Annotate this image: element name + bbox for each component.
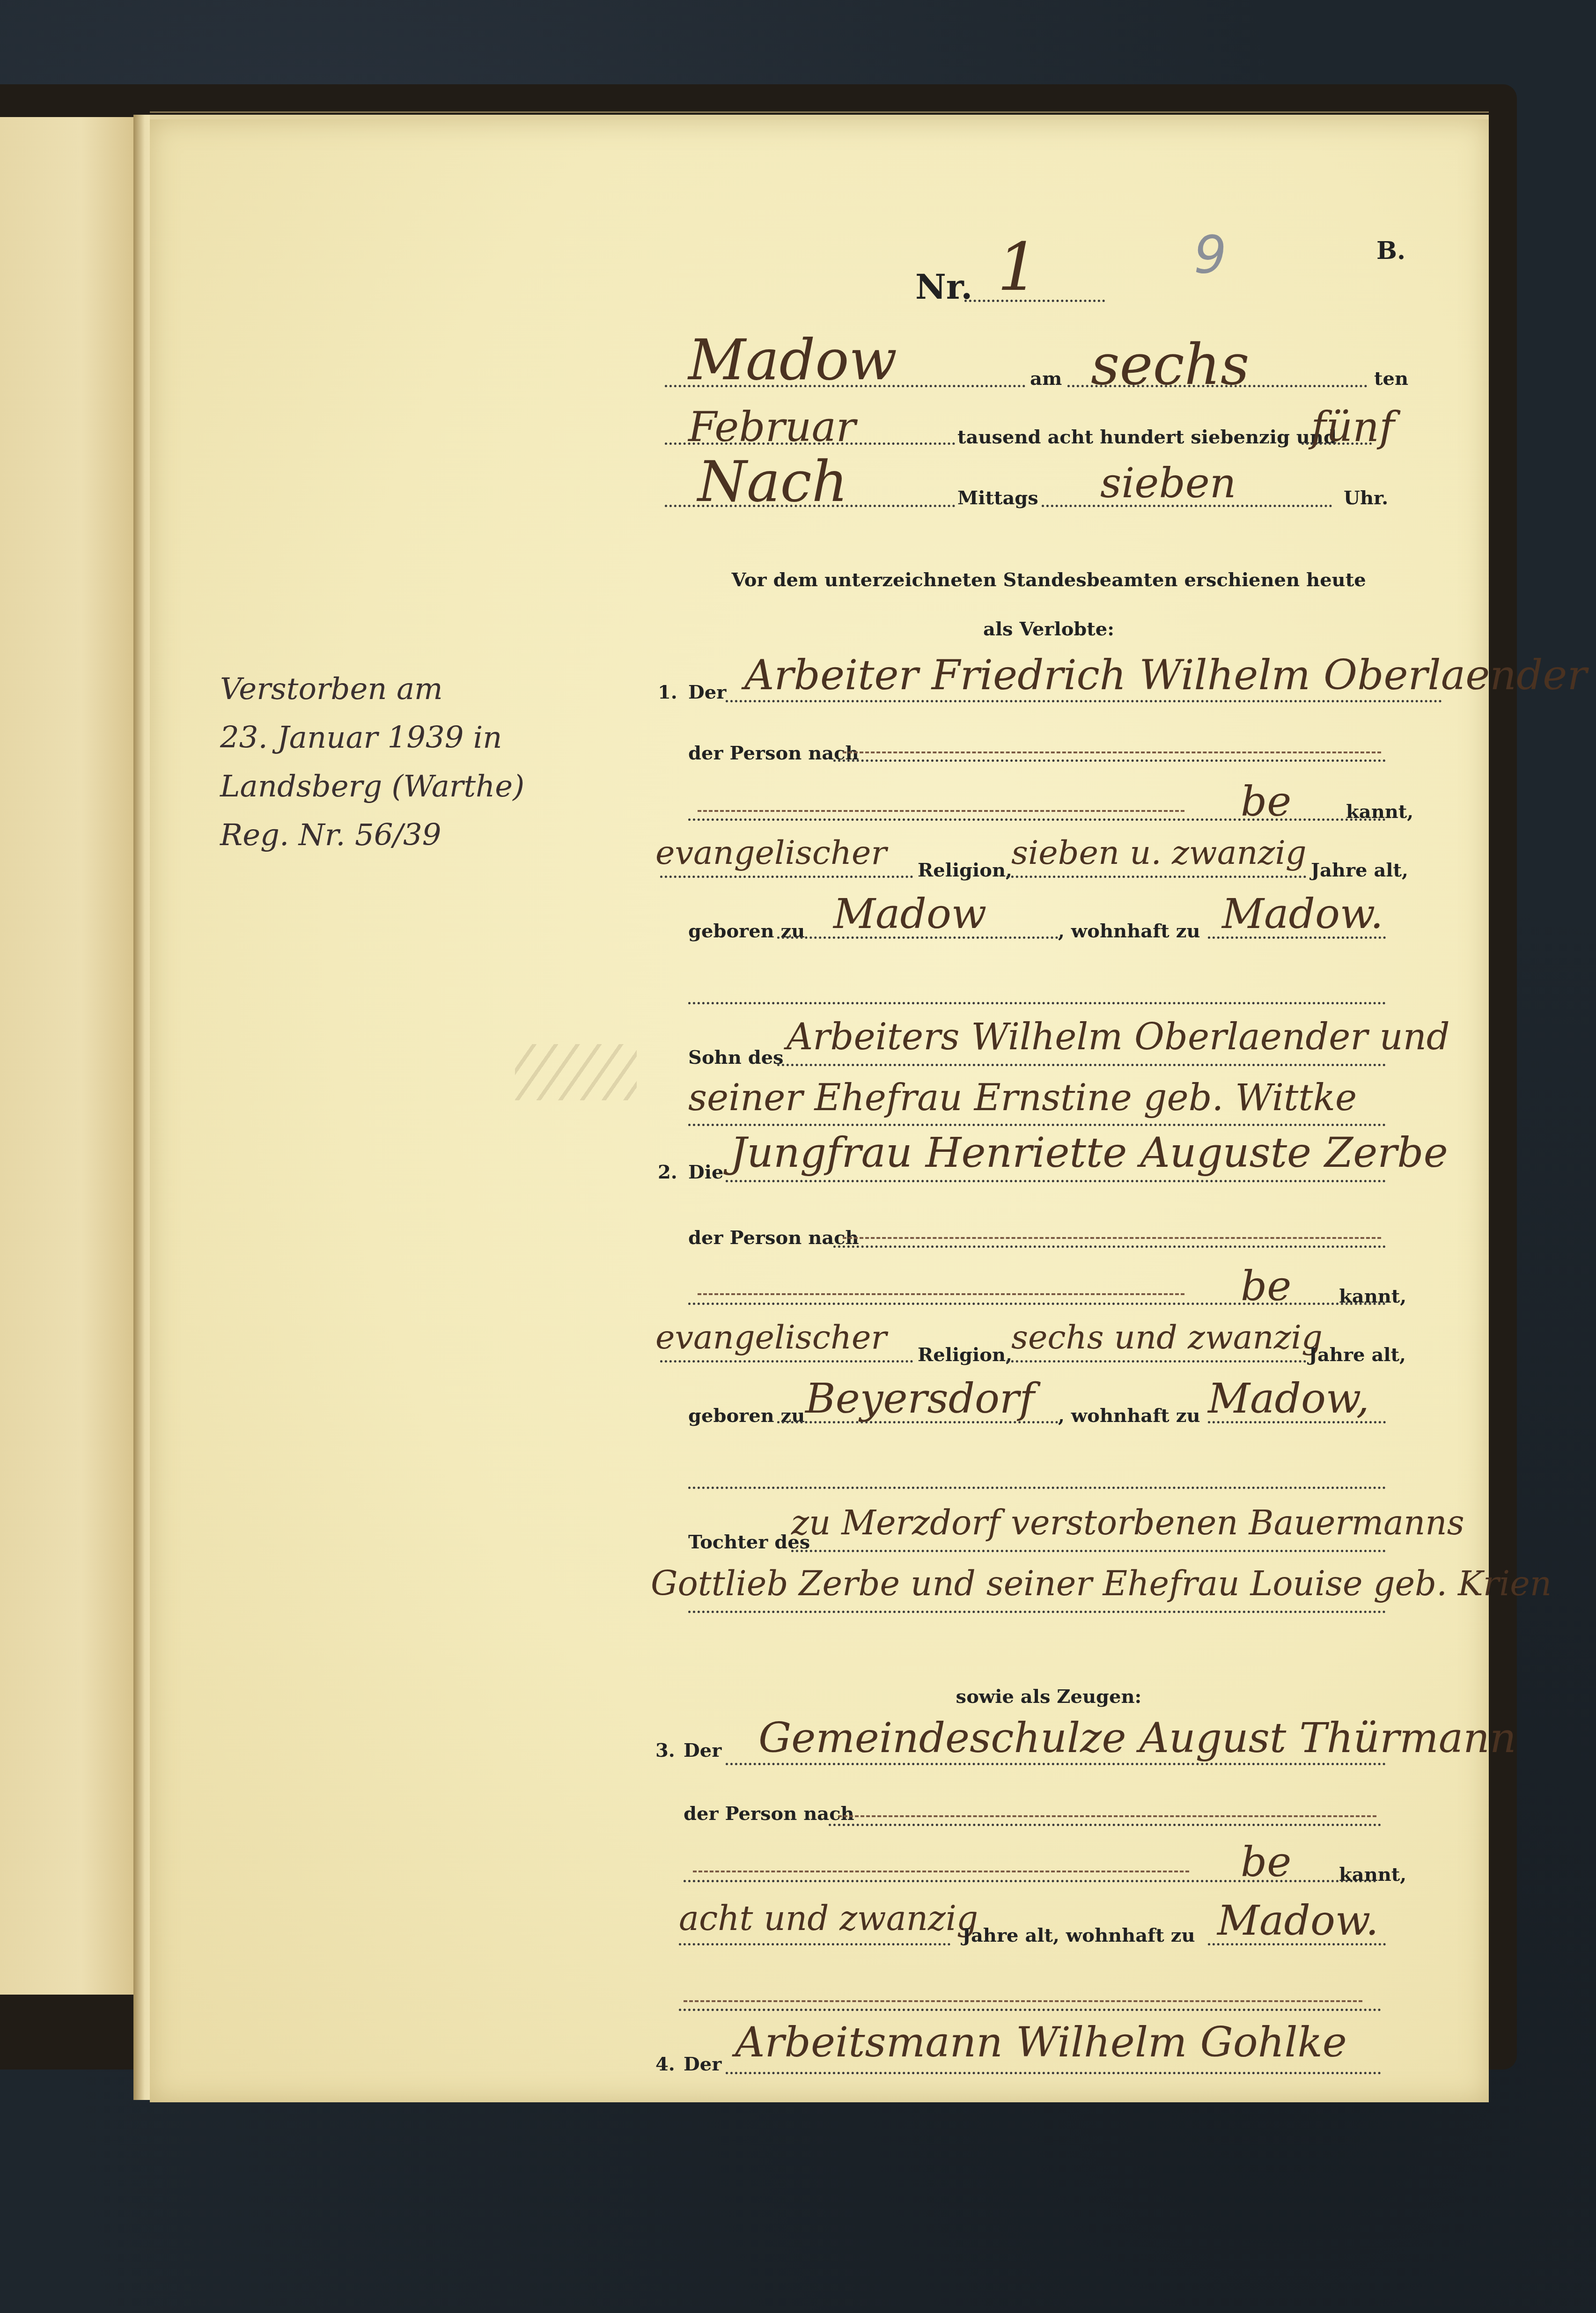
witness-3-age-value: acht und zwanzig bbox=[679, 1899, 978, 1938]
person-1-name-line bbox=[726, 700, 1442, 702]
person-1-parent-line-2 bbox=[688, 1124, 1386, 1126]
person-1-age-line bbox=[1007, 876, 1306, 878]
witness-4-name: Arbeitsmann Wilhelm Gohlke bbox=[735, 2018, 1347, 2066]
witness-3-name-line bbox=[726, 1763, 1386, 1765]
witness-3-age-label: Jahre alt, wohnhaft zu bbox=[962, 1924, 1195, 1946]
margin-note-line-2: 23. Januar 1939 in bbox=[220, 714, 557, 762]
witness-3-resident-value: Madow. bbox=[1217, 1896, 1379, 1945]
person-1-known-print: kannt, bbox=[1346, 801, 1413, 823]
pencil-page-number: 9 bbox=[1194, 225, 1227, 285]
person-2-age-line bbox=[1007, 1360, 1306, 1363]
person-1-parent-1: Arbeiters Wilhelm Oberlaender und bbox=[787, 1016, 1450, 1058]
register-letter: B. bbox=[1376, 236, 1405, 265]
mittags-label: Mittags bbox=[957, 487, 1038, 509]
person-2-known-hand: be bbox=[1241, 1262, 1291, 1310]
witness-3-blank-dash bbox=[684, 2000, 1362, 2002]
time-of-day-line bbox=[665, 505, 955, 507]
am-label: am bbox=[1030, 368, 1062, 390]
witness-4-name-line bbox=[726, 2072, 1381, 2074]
person-2-age-value: sechs und zwanzig bbox=[1011, 1318, 1323, 1356]
person-1-known-dash bbox=[698, 810, 1184, 812]
left-page-edge bbox=[0, 117, 138, 1995]
person-2-name: Jungfrau Henriette Auguste Zerbe bbox=[730, 1128, 1448, 1177]
person-2-name-line bbox=[726, 1180, 1386, 1182]
place-value: Madow bbox=[688, 328, 897, 393]
place-line bbox=[665, 385, 1025, 387]
person-2-born-value: Beyersdorf bbox=[805, 1374, 1035, 1422]
witness-3-known-dash bbox=[693, 1871, 1189, 1872]
person-2-age-label: Jahre alt, bbox=[1309, 1344, 1406, 1366]
faint-stamp-bleed bbox=[515, 1044, 637, 1100]
person-2-religion-label: Religion, bbox=[918, 1344, 1012, 1366]
entry-number: 1 bbox=[997, 229, 1039, 306]
person-1-known-hand: be bbox=[1241, 777, 1291, 825]
margin-note-line-3: Landsberg (Warthe) bbox=[220, 762, 557, 811]
book-gutter bbox=[133, 115, 152, 2100]
person-1-parent-2: seiner Ehefrau Ernstine geb. Wittke bbox=[688, 1077, 1357, 1119]
person-2-parent-line-1 bbox=[791, 1550, 1386, 1552]
person-2-person-line bbox=[833, 1245, 1386, 1248]
person-1-age-label: Jahre alt, bbox=[1311, 859, 1408, 881]
uhr-label: Uhr. bbox=[1344, 487, 1388, 509]
person-2-article: Die bbox=[688, 1161, 723, 1183]
witness-3-blank-line bbox=[679, 2009, 1381, 2011]
margin-note-line-1: Verstorben am bbox=[220, 665, 557, 714]
margin-note-line-4: Reg. Nr. 56/39 bbox=[220, 811, 557, 860]
person-2-religion-value: evangelischer bbox=[655, 1318, 887, 1356]
witness-4-index: 4. bbox=[655, 2053, 675, 2075]
day-value: sechs bbox=[1091, 332, 1250, 398]
hour-value: sieben bbox=[1100, 459, 1236, 507]
person-1-person-line bbox=[833, 759, 1386, 762]
year-printed: tausend acht hundert siebenzig und bbox=[957, 426, 1337, 448]
person-2-known-dash bbox=[698, 1293, 1184, 1295]
witness-4-article: Der bbox=[684, 2053, 721, 2075]
person-2-index: 2. bbox=[658, 1161, 677, 1183]
person-1-parent-line-1 bbox=[777, 1064, 1386, 1066]
person-2-person-dash bbox=[843, 1237, 1381, 1239]
person-1-religion-value: evangelischer bbox=[655, 833, 887, 872]
person-1-article: Der bbox=[688, 681, 726, 703]
person-1-index: 1. bbox=[658, 681, 677, 703]
person-2-parent-line-2 bbox=[688, 1611, 1386, 1613]
person-1-religion-line bbox=[660, 876, 913, 878]
person-1-religion-label: Religion, bbox=[918, 859, 1012, 881]
witness-3-person-line bbox=[829, 1824, 1381, 1826]
entry-number-label: Nr. bbox=[915, 267, 972, 307]
witness-3-known-print: kannt, bbox=[1339, 1864, 1406, 1886]
witness-3-known-hand: be bbox=[1241, 1838, 1291, 1886]
person-1-name: Arbeiter Friedrich Wilhelm Oberlaender bbox=[744, 651, 1587, 699]
witness-3-name: Gemeindeschulze August Thürmann bbox=[758, 1714, 1516, 1762]
person-1-age-value: sieben u. zwanzig bbox=[1011, 833, 1307, 872]
person-2-resident-value: Madow, bbox=[1208, 1374, 1369, 1422]
person-2-resident-label: , wohnhaft zu bbox=[1058, 1405, 1200, 1427]
person-2-religion-line bbox=[660, 1360, 913, 1363]
witness-3-person-dash bbox=[838, 1815, 1376, 1817]
witness-3-index: 3. bbox=[655, 1739, 675, 1761]
person-2-known-print: kannt, bbox=[1339, 1285, 1406, 1307]
month-line bbox=[665, 442, 955, 445]
person-1-born-value: Madow bbox=[833, 890, 986, 938]
person-2-parent-1: zu Merzdorf verstorbenen Bauermanns bbox=[791, 1503, 1464, 1542]
person-1-resident-value: Madow. bbox=[1222, 890, 1383, 938]
witnesses-heading: sowie als Zeugen: bbox=[655, 1686, 1442, 1708]
person-1-resident-label: , wohnhaft zu bbox=[1058, 920, 1200, 942]
year-handwritten: fünf bbox=[1311, 403, 1395, 451]
intro-line: Vor dem unterzeichneten Standesbeamten e… bbox=[655, 569, 1442, 591]
person-2-blank-line bbox=[688, 1487, 1386, 1489]
witness-3-age-line bbox=[679, 1943, 950, 1945]
person-1-person-dash bbox=[843, 751, 1381, 753]
ten-suffix: ten bbox=[1374, 368, 1408, 390]
verlobte-heading: als Verlobte: bbox=[655, 618, 1442, 640]
witness-3-article: Der bbox=[684, 1739, 721, 1761]
death-margin-note: Verstorben am 23. Januar 1939 in Landsbe… bbox=[220, 665, 557, 860]
person-2-parent-2: Gottlieb Zerbe und seiner Ehefrau Louise… bbox=[651, 1564, 1552, 1603]
person-1-blank-line bbox=[688, 1002, 1386, 1004]
person-1-parent-label: Sohn des bbox=[688, 1046, 784, 1068]
witness-3-person-label: der Person nach bbox=[684, 1803, 854, 1825]
